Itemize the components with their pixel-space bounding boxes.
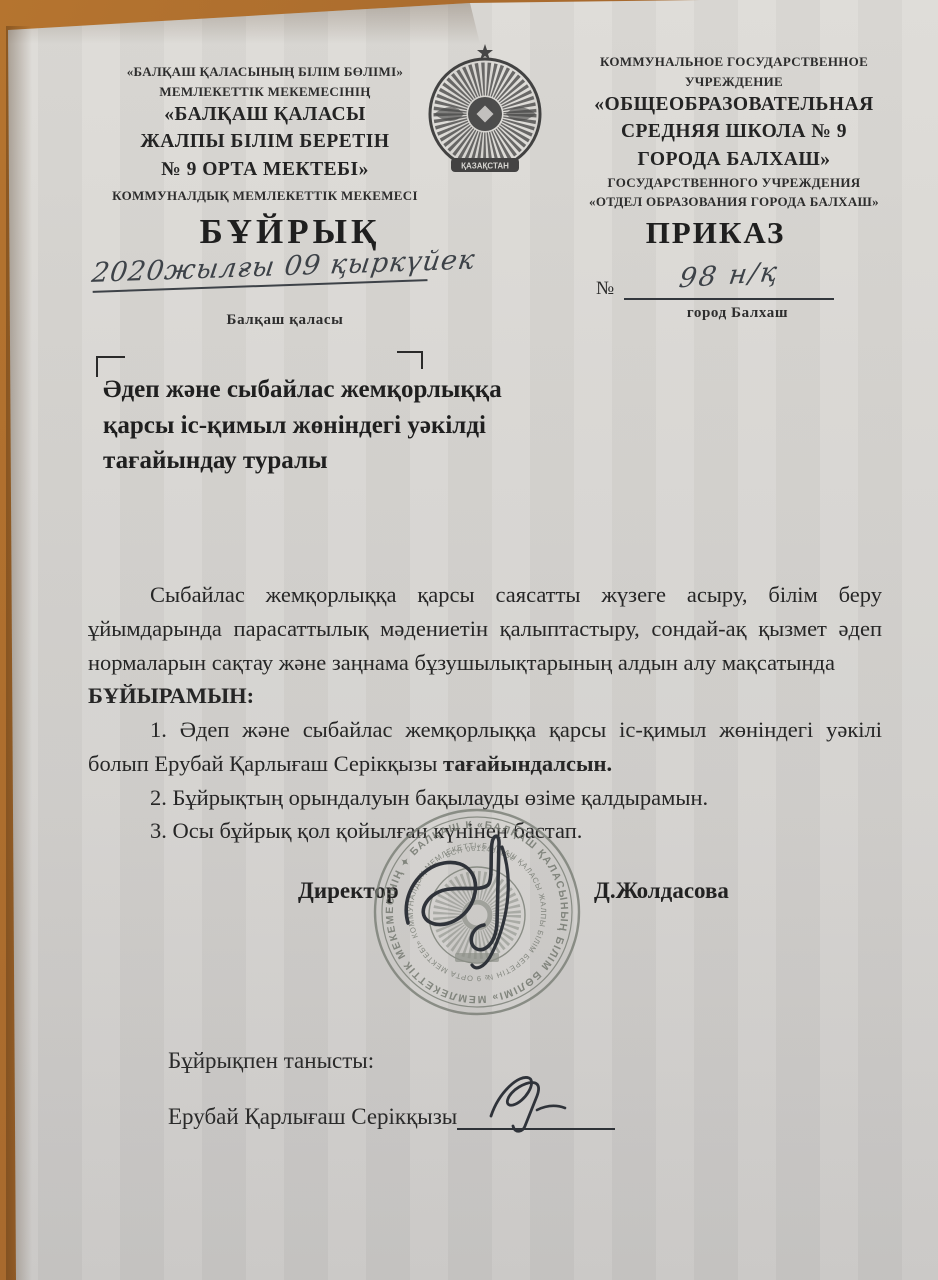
kazakhstan-emblem-icon: ҚАЗАҚСТАН xyxy=(424,40,546,178)
order-item-1: 1. Әдеп және сыбайлас жемқорлыққа қарсы … xyxy=(88,713,882,781)
order-date-handwritten-line: 2020жылғы 09 қыркүйек xyxy=(91,246,427,293)
org-name-kazakh: «БАЛҚАШ ҚАЛАСЫНЫҢ БІЛІМ БӨЛІМІ» МЕМЛЕКЕТ… xyxy=(105,62,425,205)
org-ru-line: «ОТДЕЛ ОБРАЗОВАНИЯ ГОРОДА БАЛХАШ» xyxy=(550,192,918,212)
acknowledgment-name: Ерубай Қарлығаш Серікқызы xyxy=(168,1104,457,1130)
org-ru-line: КОММУНАЛЬНОЕ ГОСУДАРСТВЕННОЕ УЧРЕЖДЕНИЕ xyxy=(550,52,918,91)
order-title-kazakh: БҰЙРЫҚ xyxy=(160,212,420,252)
org-ru-line: ГОСУДАРСТВЕННОГО УЧРЕЖДЕНИЯ xyxy=(550,173,918,193)
org-ru-line: «ОБЩЕОБРАЗОВАТЕЛЬНАЯ xyxy=(550,91,918,118)
emblem-banner-label: ҚАЗАҚСТАН xyxy=(461,162,509,171)
org-kk-line: «БАЛҚАШ ҚАЛАСЫ xyxy=(105,101,425,128)
place-russian: город Балхаш xyxy=(655,305,820,322)
number-sign: № xyxy=(596,278,624,300)
corner-mark-right xyxy=(397,351,423,369)
director-name: Д.Жолдасова xyxy=(594,878,729,904)
scanned-order-photo: «БАЛҚАШ ҚАЛАСЫНЫҢ БІЛІМ БӨЛІМІ» МЕМЛЕКЕТ… xyxy=(0,0,938,1280)
acknowledgment-signature-line xyxy=(457,1098,615,1130)
round-seal-stamp: «БАЛҚАШ ҚАЛАСЫНЫҢ БІЛІМ БӨЛІМІ» МЕМЛЕКЕТ… xyxy=(352,795,602,1033)
order-item-1-bold: тағайындалсын. xyxy=(443,751,612,776)
org-kk-line: МЕМЛЕКЕТТІК МЕКЕМЕСІНІҢ xyxy=(105,82,425,102)
order-number-row: № 98 н/қ xyxy=(596,260,834,300)
order-subject: Әдеп және сыбайлас жемқорлыққа қарсы іс-… xyxy=(103,372,513,479)
resolution-word: БҰЙЫРАМЫН: xyxy=(88,679,882,713)
place-kazakh: Балқаш қаласы xyxy=(170,312,400,329)
employee-signature xyxy=(479,1068,575,1134)
org-kk-line: № 9 ОРТА МЕКТЕБІ» xyxy=(105,156,425,183)
org-ru-line: СРЕДНЯЯ ШКОЛА № 9 xyxy=(550,118,918,145)
order-number-line: 98 н/қ xyxy=(624,260,834,300)
document-paper: «БАЛҚАШ ҚАЛАСЫНЫҢ БІЛІМ БӨЛІМІ» МЕМЛЕКЕТ… xyxy=(0,0,938,1280)
org-kk-line: КОММУНАЛДЫҚ МЕМЛЕКЕТТІК МЕКЕМЕСІ xyxy=(105,186,425,206)
body-paragraph: Сыбайлас жемқорлыққа қарсы саясатты жүзе… xyxy=(88,578,882,679)
org-ru-line: ГОРОДА БАЛХАШ» xyxy=(550,146,918,173)
order-date-handwriting: 2020жылғы 09 қыркүйек xyxy=(90,244,478,289)
org-name-russian: КОММУНАЛЬНОЕ ГОСУДАРСТВЕННОЕ УЧРЕЖДЕНИЕ … xyxy=(550,52,918,212)
org-kk-line: ЖАЛПЫ БІЛІМ БЕРЕТІН xyxy=(105,128,425,155)
order-number-handwriting: 98 н/қ xyxy=(677,257,781,295)
acknowledgment-row: Ерубай Қарлығаш Серікқызы xyxy=(168,1098,615,1130)
order-title-russian: ПРИКАЗ xyxy=(628,215,803,251)
org-kk-line: «БАЛҚАШ ҚАЛАСЫНЫҢ БІЛІМ БӨЛІМІ» xyxy=(105,62,425,82)
acknowledgment-label: Бұйрықпен танысты: xyxy=(168,1048,374,1074)
